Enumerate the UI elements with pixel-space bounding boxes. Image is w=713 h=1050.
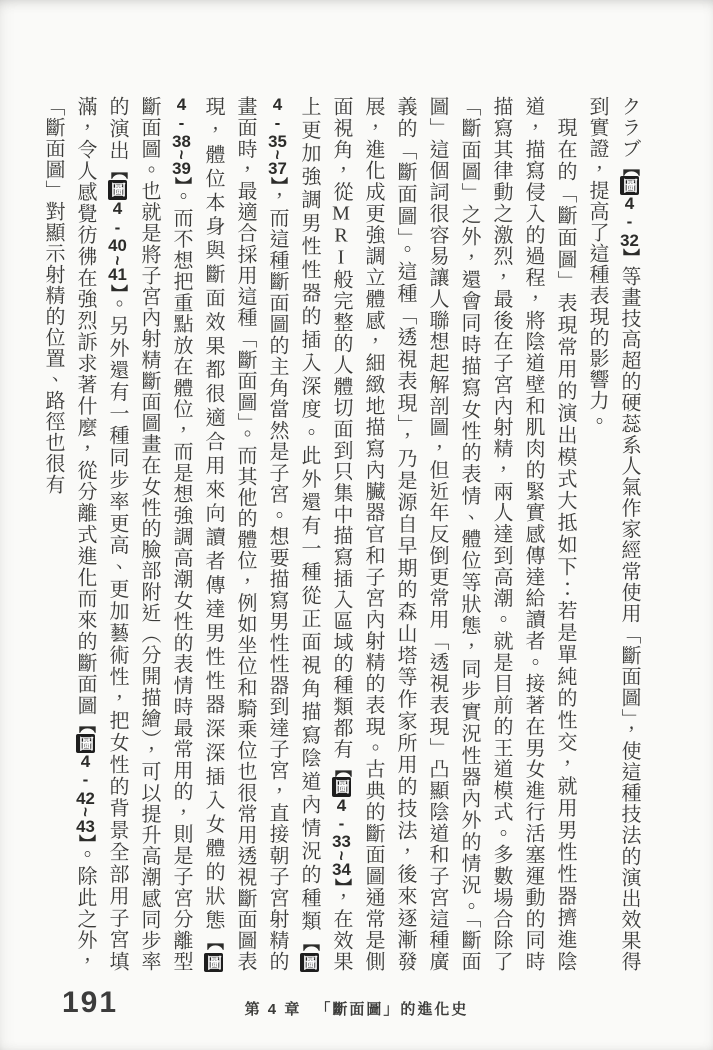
figure-box-icon: 圖 — [620, 176, 639, 195]
figure-reference: 【圖4-32】 — [620, 159, 639, 265]
paragraph: クラブ【圖4-32】等畫技高超的硬蕊系人氣作家經常使用「斷面圖」，使這種技法的演… — [581, 96, 645, 972]
figure-reference: 【圖4-38~39】 — [172, 96, 223, 972]
body-text: クラブ【圖4-32】等畫技高超的硬蕊系人氣作家經常使用「斷面圖」，使這種技法的演… — [69, 96, 645, 972]
figure-reference: 【圖4-42~43】 — [76, 716, 95, 844]
figure-reference: 【圖4-35~37】 — [268, 96, 319, 972]
figure-reference: 【圖4-33~34】 — [332, 760, 351, 887]
latin-acronym: MRI — [330, 203, 352, 269]
figure-box-icon: 圖 — [300, 953, 319, 972]
figure-box-icon: 圖 — [76, 734, 95, 753]
book-page: クラブ【圖4-32】等畫技高超的硬蕊系人氣作家經常使用「斷面圖」，使這種技法的演… — [0, 0, 713, 1050]
figure-box-icon: 圖 — [204, 953, 223, 972]
chapter-label: 第 4 章 — [245, 1001, 302, 1018]
figure-box-icon: 圖 — [332, 777, 351, 796]
chapter-title: 「斷面圖」的進化史 — [315, 1001, 468, 1018]
figure-reference: 【圖4-40~41】 — [108, 162, 127, 294]
footer-chapter: 第 4 章「斷面圖」的進化史 — [0, 998, 713, 1019]
figure-box-icon: 圖 — [108, 180, 127, 200]
paragraph: 現在的「斷面圖」表現常用的演出模式大抵如下：若是單純的性交，就用男性性器擠進陰道… — [37, 96, 581, 972]
